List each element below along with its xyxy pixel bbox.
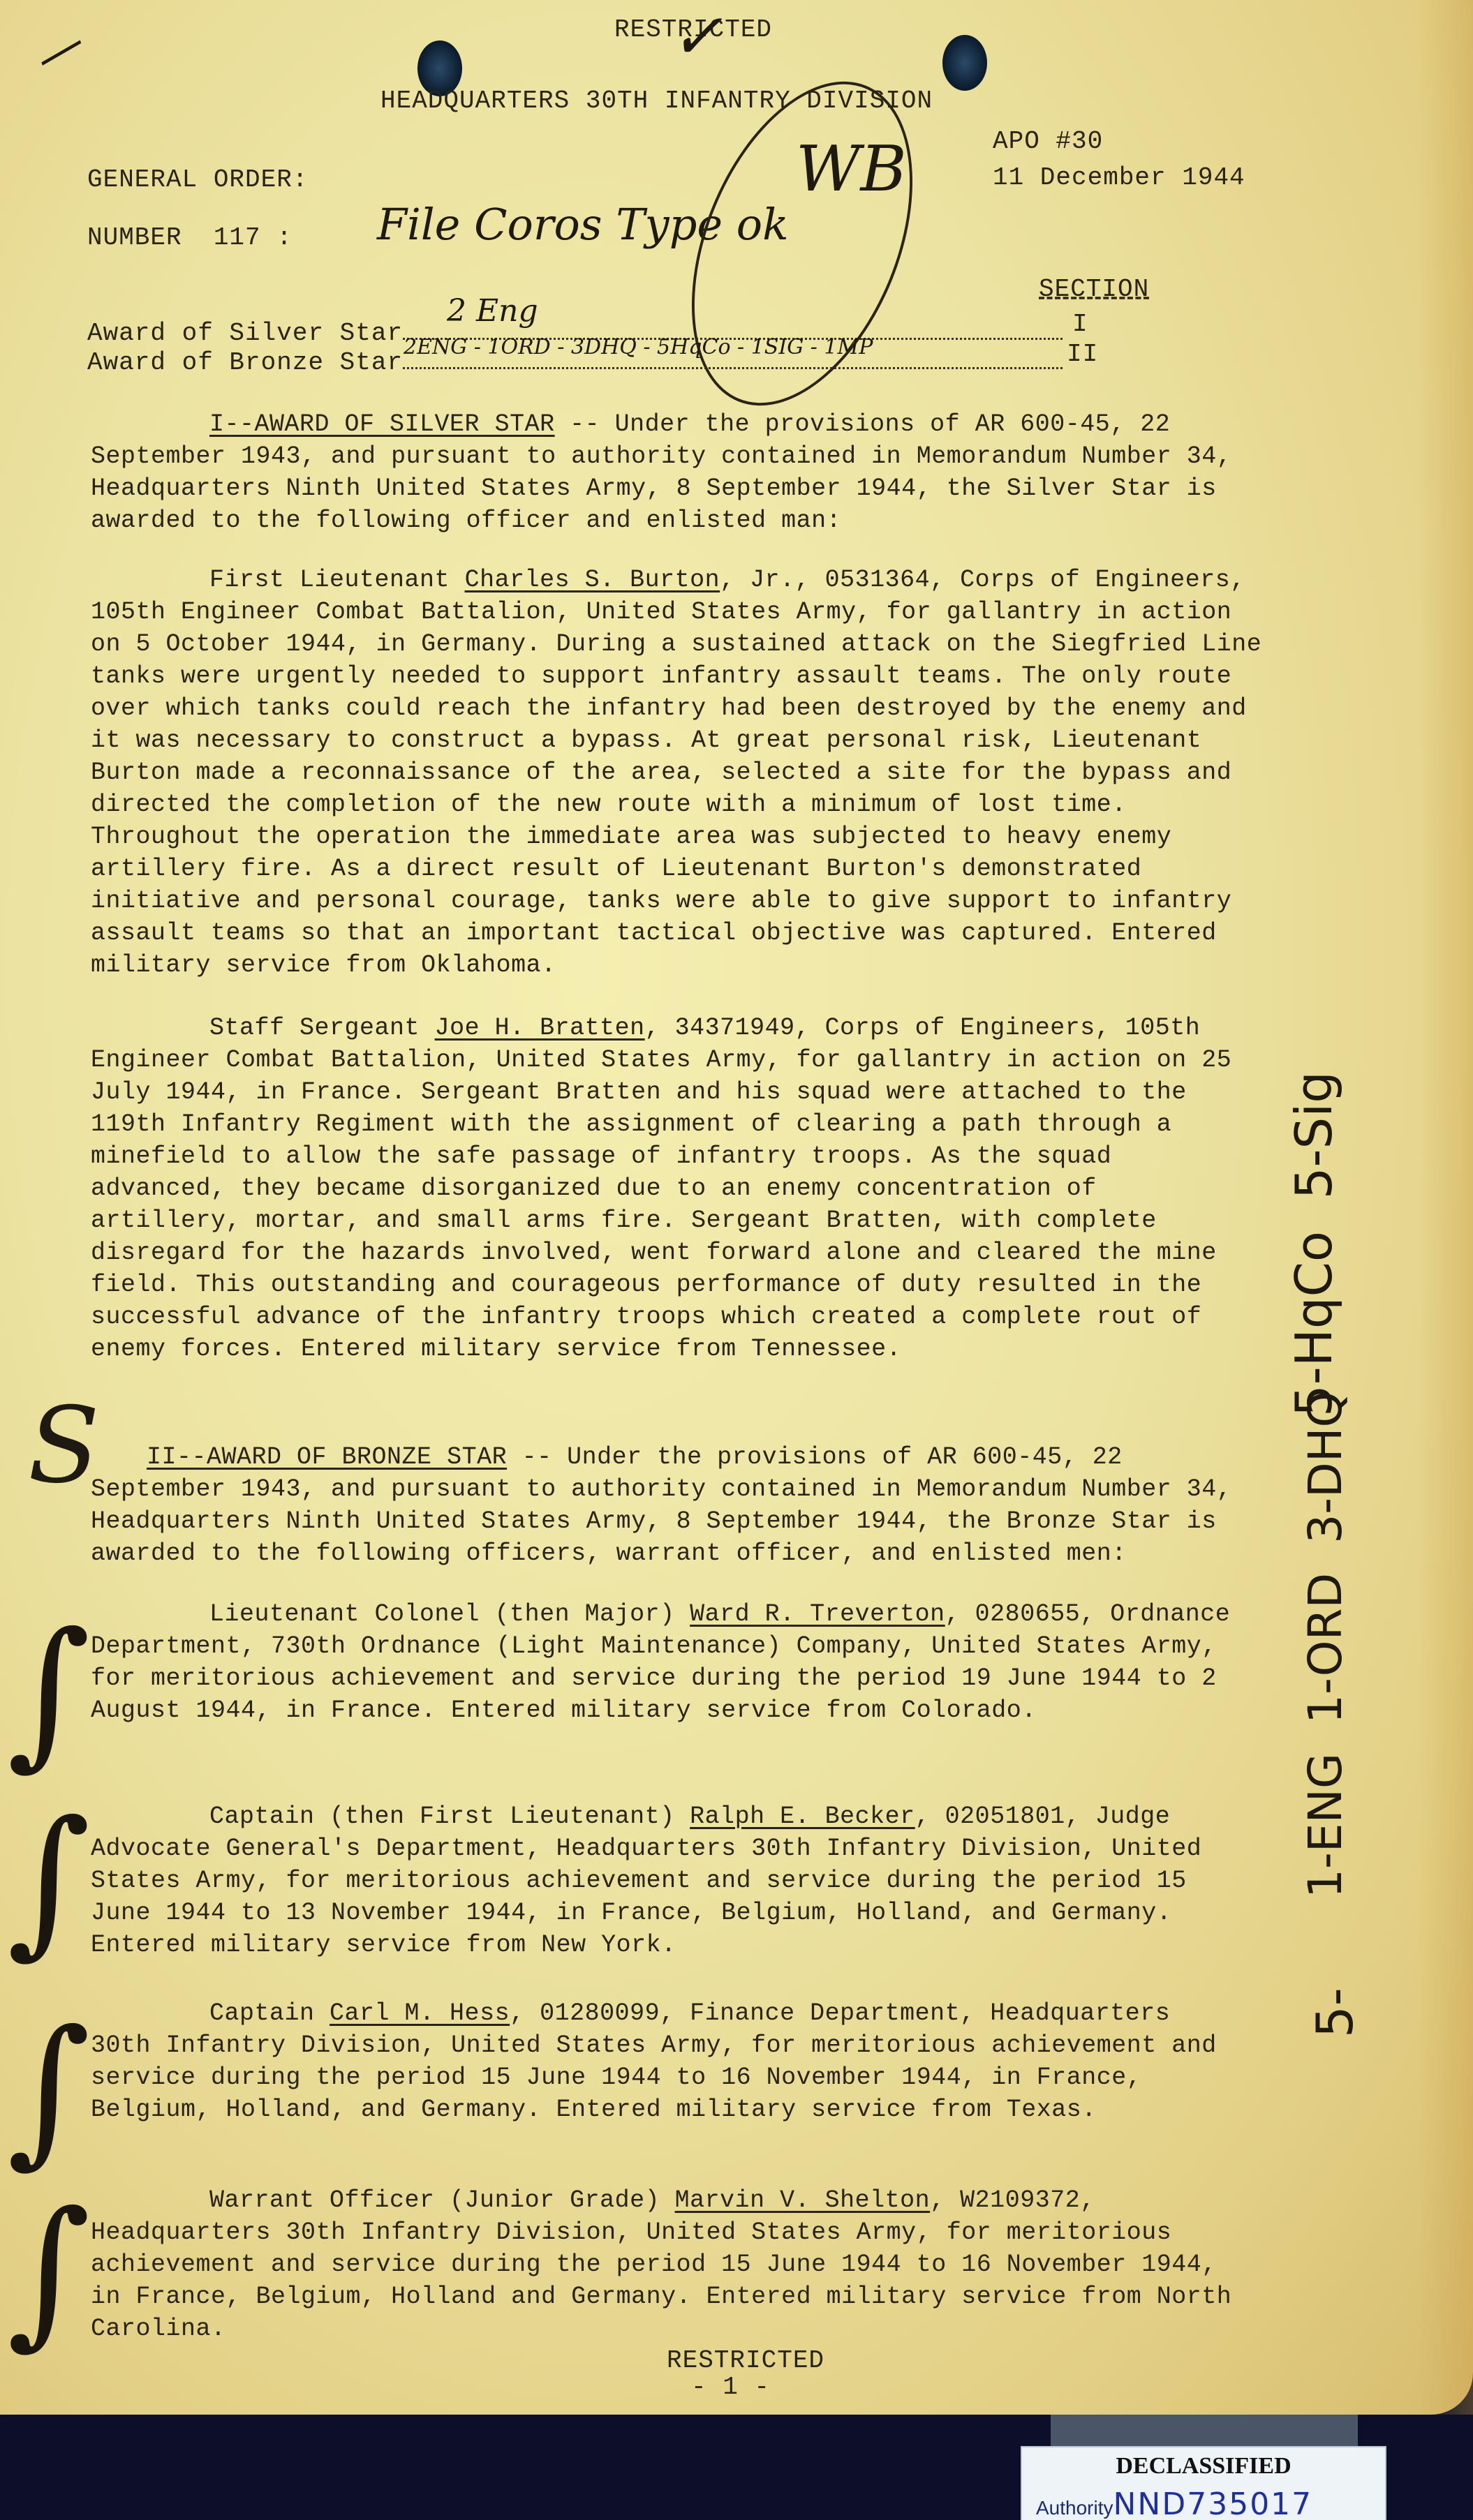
awardee-name: Carl M. Hess bbox=[330, 1999, 510, 2027]
apo-number: APO #30 bbox=[993, 126, 1103, 158]
section-header: SECTION bbox=[1039, 274, 1149, 306]
declassified-title: DECLASSIFIED bbox=[1022, 2453, 1385, 2480]
margin-note-units: 1-ENG 1-ORD 3-DHQ bbox=[1298, 1392, 1352, 1898]
dot-leader bbox=[403, 367, 1063, 369]
page-number: - 1 - bbox=[691, 2371, 770, 2403]
margin-bracket: ∫ bbox=[7, 2010, 91, 2170]
award-bratten: Staff Sergeant Joe H. Bratten, 34371949,… bbox=[91, 1012, 1250, 1365]
contents-silver-label: Award of Silver Star bbox=[87, 319, 403, 348]
declassified-stamp: DECLASSIFIED AuthorityNND735017 bbox=[1021, 2446, 1386, 2520]
margin-bracket: ∫ bbox=[7, 1612, 91, 1773]
contents-silver-section: I bbox=[1072, 308, 1088, 341]
awardee-name: Charles S. Burton bbox=[465, 566, 720, 594]
awardee-name: Ralph E. Becker bbox=[690, 1803, 915, 1831]
authority-number: NND735017 bbox=[1113, 2487, 1313, 2520]
section-1-heading: I--AWARD OF SILVER STAR bbox=[209, 410, 555, 438]
general-order-label: GENERAL ORDER: bbox=[87, 164, 308, 196]
margin-note-hqco: 5-HqCo 5-Sig bbox=[1285, 1071, 1343, 1417]
award-hess: Captain Carl M. Hess, 01280099, Finance … bbox=[91, 1997, 1222, 2126]
awardee-name: Joe H. Bratten bbox=[435, 1014, 645, 1042]
awardee-name: Marvin V. Shelton bbox=[675, 2186, 931, 2214]
award-shelton: Warrant Officer (Junior Grade) Marvin V.… bbox=[91, 2184, 1250, 2345]
awardee-name: Ward R. Treverton bbox=[690, 1600, 945, 1628]
margin-bracket: ∫ bbox=[7, 2191, 91, 2352]
award-burton: First Lieutenant Charles S. Burton, Jr.,… bbox=[91, 564, 1264, 981]
document-page: — RESTRICTED ✓ HEADQUARTERS 30TH INFANTR… bbox=[0, 0, 1473, 2415]
section-1-intro: I--AWARD OF SILVER STAR -- Under the pro… bbox=[91, 408, 1250, 537]
award-becker: Captain (then First Lieutenant) Ralph E.… bbox=[91, 1800, 1250, 1961]
order-date: 11 December 1944 bbox=[993, 162, 1245, 194]
margin-section-mark: S bbox=[28, 1385, 100, 1507]
contents-bronze-label: Award of Bronze Star bbox=[87, 348, 403, 377]
tape-strip bbox=[1051, 2415, 1358, 2448]
punch-hole-right bbox=[942, 35, 987, 91]
order-number: NUMBER 117 : bbox=[87, 222, 293, 254]
award-treverton: Lieutenant Colonel (then Major) Ward R. … bbox=[91, 1598, 1250, 1727]
section-2-intro: II--AWARD OF BRONZE STAR -- Under the pr… bbox=[91, 1441, 1250, 1570]
declassified-authority: AuthorityNND735017 bbox=[1036, 2487, 1312, 2520]
margin-note-extra: 5- bbox=[1305, 1988, 1364, 2038]
margin-bracket: ∫ bbox=[7, 1800, 91, 1961]
contents-bronze-section: II bbox=[1067, 338, 1098, 371]
handwritten-checkmark: ✓ bbox=[670, 0, 723, 73]
section-2-heading: II--AWARD OF BRONZE STAR bbox=[147, 1443, 507, 1471]
pen-mark: — bbox=[24, 13, 95, 87]
handwritten-bronze-note: 2ENG - 1ORD - 3DHQ - 5HqCo - 1SIG - 1MP bbox=[404, 335, 873, 359]
